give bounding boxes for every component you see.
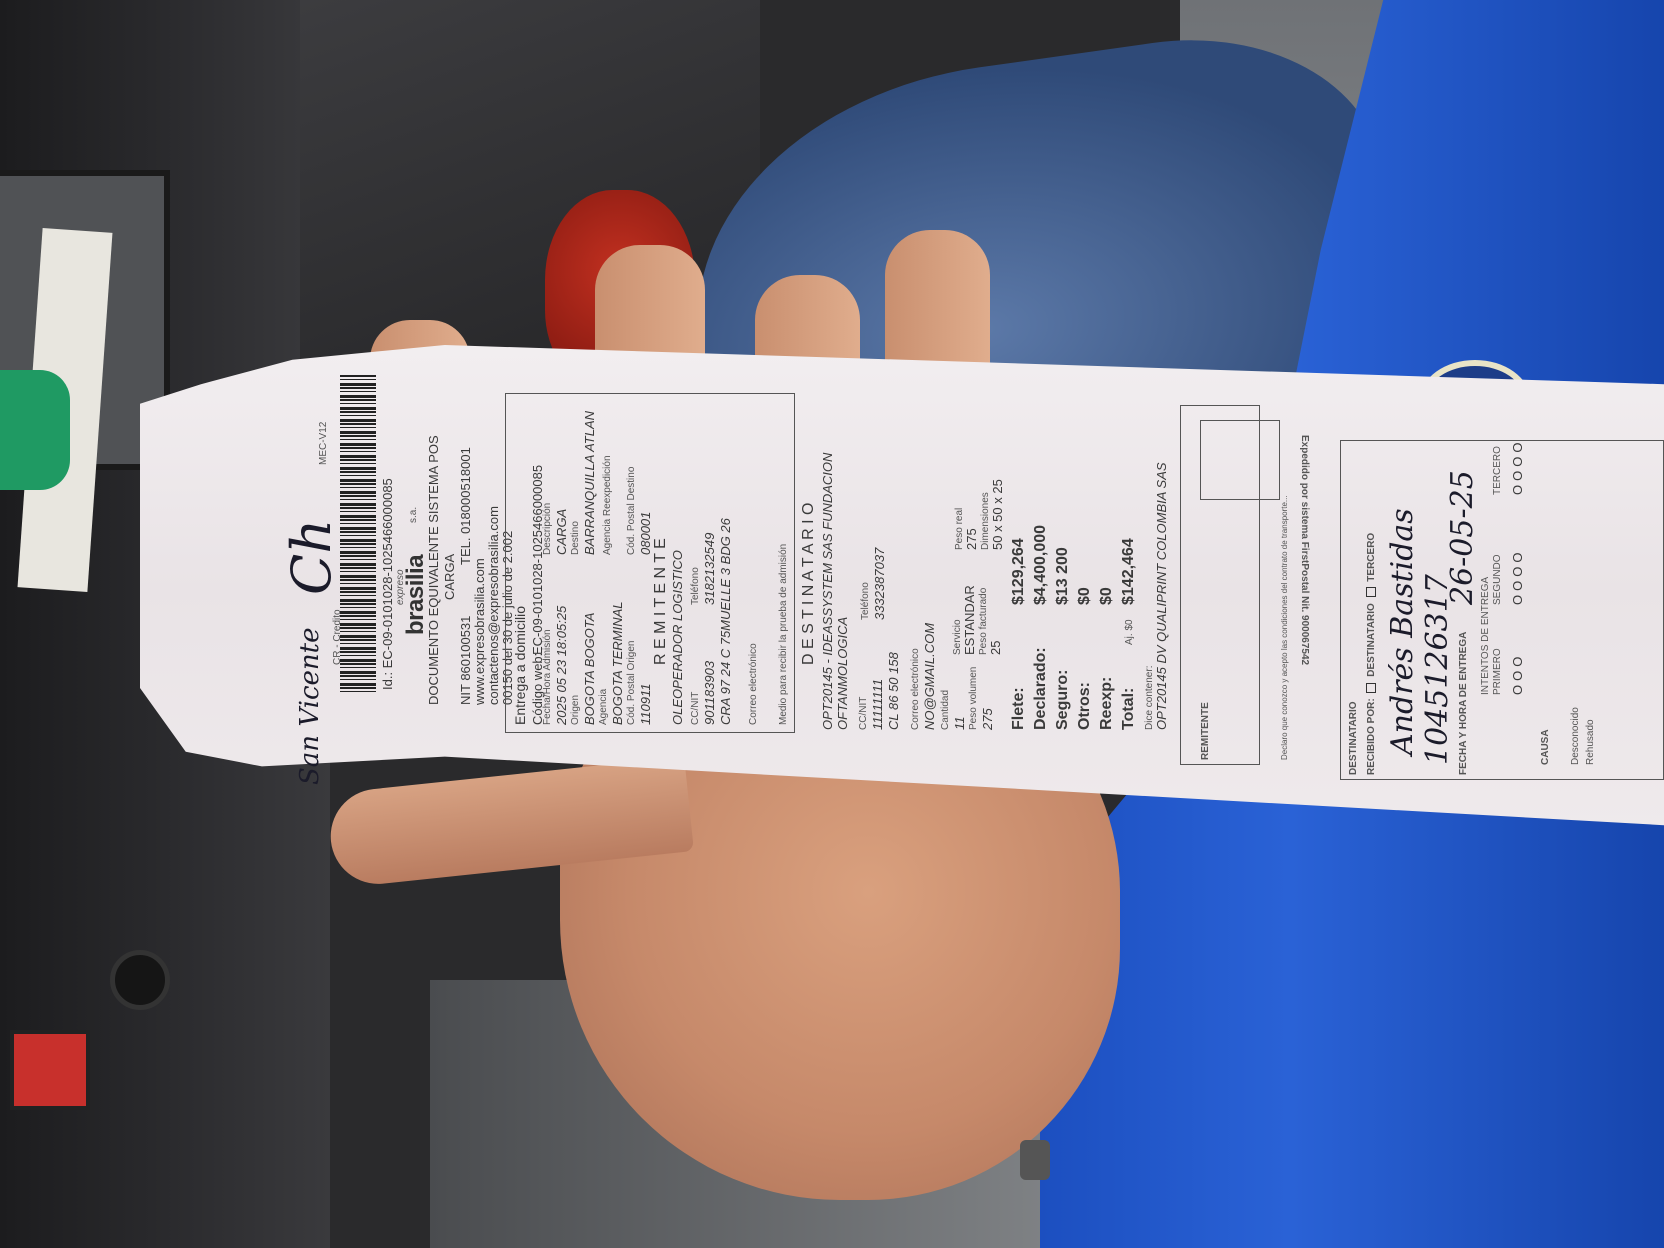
- attempt-third: TERCERO: [1492, 446, 1503, 495]
- dest-postal: 080001: [638, 512, 653, 555]
- service-line: CARGA: [442, 554, 457, 600]
- attempts-label: INTENTOS DE ENTREGA: [1480, 577, 1491, 695]
- charge-label: Reexp:: [1098, 677, 1116, 730]
- dest-postal-label: Cód. Postal Destino: [626, 467, 637, 555]
- doc-type: DOCUMENTO EQUIVALENTE SISTEMA POS: [426, 435, 441, 705]
- tracking-id: Id.: EC-09-0101028-1025466000085: [380, 478, 395, 690]
- unknown-label: Desconocido: [1570, 707, 1581, 765]
- brand-suffix: s.a.: [408, 507, 419, 523]
- option-destinatario: DESTINATARIO: [1366, 603, 1377, 677]
- admission-datetime: 2025 05 23 18:05:25: [554, 606, 569, 725]
- recipient-title: D E S T I N A T A R I O: [800, 503, 818, 665]
- handwritten-date: 26-05-25: [1445, 470, 1480, 605]
- recipient-name: OPT20145 - IDEASSYSTEM SAS FUNDACION OFT…: [820, 400, 850, 730]
- received-by-text: RECIBIDO POR:: [1366, 698, 1377, 775]
- sheet-code: MEC-V12: [318, 422, 329, 465]
- sender-phone: 3182132549: [702, 533, 717, 605]
- signature-initials: Ch: [280, 519, 343, 595]
- billed-weight: 25: [988, 641, 1003, 655]
- shipping-receipt: Ch San Vicente MEC-V12 CR - Credito Id.:…: [140, 345, 1664, 835]
- recipient-id-label: CC/NIT: [858, 697, 869, 730]
- received-by-label: RECIBIDO POR: DESTINATARIO TERCERO: [1366, 533, 1377, 775]
- destination-label: Destino: [570, 521, 581, 555]
- dispatch-agency-label: Agencia Reexpedición: [602, 455, 613, 555]
- total-adjustment: Aj. $0: [1124, 619, 1135, 645]
- charge-value: $0: [1076, 587, 1094, 605]
- admission-label: Fecha/Hora Admisión: [542, 629, 553, 725]
- margin-handwriting: San Vicente: [295, 628, 325, 786]
- origin-postal-label: Cód. Postal Origen: [626, 641, 637, 726]
- sender-address: CRA 97 24 C 75MUELLE 3 BDG 26: [718, 518, 733, 725]
- pickup-note: Medio para recibir la prueba de admisión: [778, 544, 789, 725]
- software-note: Expedido por sistema FirstPostal Nit. 90…: [1299, 435, 1310, 665]
- delivery-date-label: FECHA Y HORA DE ENTREGA: [1458, 632, 1469, 775]
- total-value: $142,464: [1120, 538, 1138, 605]
- attempt-marks-first: OOO: [1510, 653, 1525, 695]
- delivery-mode: Entrega a domicilio: [512, 606, 528, 725]
- attempt-first: PRIMERO: [1492, 648, 1503, 695]
- volume-weight-label: Peso volumen: [968, 667, 979, 730]
- sender-email-label: Correo electrónico: [748, 643, 759, 725]
- recipient-phone: 3332387037: [872, 548, 887, 620]
- header-phone: TEL. 018000518001: [458, 447, 473, 565]
- service: ESTANDAR: [962, 585, 977, 655]
- charge-value: $4,400,000: [1032, 525, 1050, 605]
- checkbox-destinatario[interactable]: [1366, 683, 1376, 693]
- web-code: EC-09-0101028-1025466000085: [530, 465, 545, 655]
- recipient-address: CL 86 50 158: [886, 652, 901, 730]
- green-tag: [0, 370, 70, 490]
- attempt-marks-second: OOOO: [1510, 549, 1525, 605]
- legal-text: Declaro que conozco y acepto las condici…: [1280, 410, 1289, 760]
- quantity-label: Cantidad: [940, 690, 951, 730]
- photo-scene: Ch San Vicente MEC-V12 CR - Credito Id.:…: [0, 0, 1664, 1248]
- attempt-second: SEGUNDO: [1492, 554, 1503, 605]
- quantity: 11: [952, 717, 967, 731]
- contact-email: contactenos@expresobrasilia.com: [486, 506, 501, 705]
- recipient-email-label: Correo electrónico: [910, 648, 921, 730]
- checkbox-tercero[interactable]: [1366, 587, 1376, 597]
- charge-label: Otros:: [1076, 682, 1094, 730]
- refused-label: Rehusado: [1585, 719, 1596, 765]
- charge-label: Declarado:: [1032, 647, 1050, 730]
- sender-phone-label: Teléfono: [690, 567, 701, 605]
- dimensions: 50 x 50 x 25: [990, 479, 1005, 550]
- origin: BOGOTA BOGOTA: [582, 613, 597, 725]
- agency-label: Agencia: [598, 689, 609, 725]
- wrist-watch: [1020, 1140, 1050, 1180]
- recipient-email: NO@GMAIL.COM: [922, 623, 937, 730]
- sender-id-label: CC/NIT: [690, 692, 701, 725]
- volume-weight: 275: [980, 708, 995, 730]
- total-label: Total:: [1120, 688, 1138, 730]
- contents: OPT20145 DV QUALIPRINT COLOMBIA SAS: [1154, 462, 1169, 730]
- sender-name: OLEOPERADOR LOGISTICO: [670, 550, 685, 725]
- sender-box-label: REMITENTE: [1200, 702, 1211, 760]
- description: CARGA: [554, 509, 569, 555]
- dashboard-dial: [110, 950, 170, 1010]
- barcode: [340, 375, 376, 695]
- stamp-box: [1200, 420, 1280, 500]
- option-tercero: TERCERO: [1366, 533, 1377, 582]
- sender-title: R E M I T E N T E: [652, 538, 670, 665]
- charge-label: Seguro:: [1054, 670, 1072, 730]
- charge-label: Flete:: [1010, 687, 1028, 730]
- handwritten-name: Andrés Bastidas: [1385, 508, 1420, 755]
- real-weight: 275: [964, 528, 979, 550]
- sender-id: 901183903: [702, 661, 717, 725]
- hazard-button: [10, 1030, 90, 1110]
- agency: BOGOTA TERMINAL: [610, 601, 625, 725]
- website: www.expresobrasilia.com: [472, 558, 487, 705]
- charge-value: $0: [1098, 587, 1116, 605]
- origin-label: Origen: [570, 695, 581, 725]
- nit: NIT 860100531: [458, 616, 473, 705]
- cause-label: CAUSA: [1540, 729, 1551, 765]
- charge-value: $13 200: [1054, 547, 1072, 605]
- description-label: Descripción: [542, 503, 553, 555]
- recipient-role-label: DESTINATARIO: [1348, 701, 1359, 775]
- attempt-marks-third: OOOO: [1510, 439, 1525, 495]
- destination: BARRANQUILLA ATLAN: [582, 411, 597, 555]
- origin-postal: 110911: [638, 684, 653, 725]
- charge-value: $129,264: [1010, 538, 1028, 605]
- recipient-id: 11111111: [870, 679, 885, 730]
- recipient-phone-label: Teléfono: [860, 582, 871, 620]
